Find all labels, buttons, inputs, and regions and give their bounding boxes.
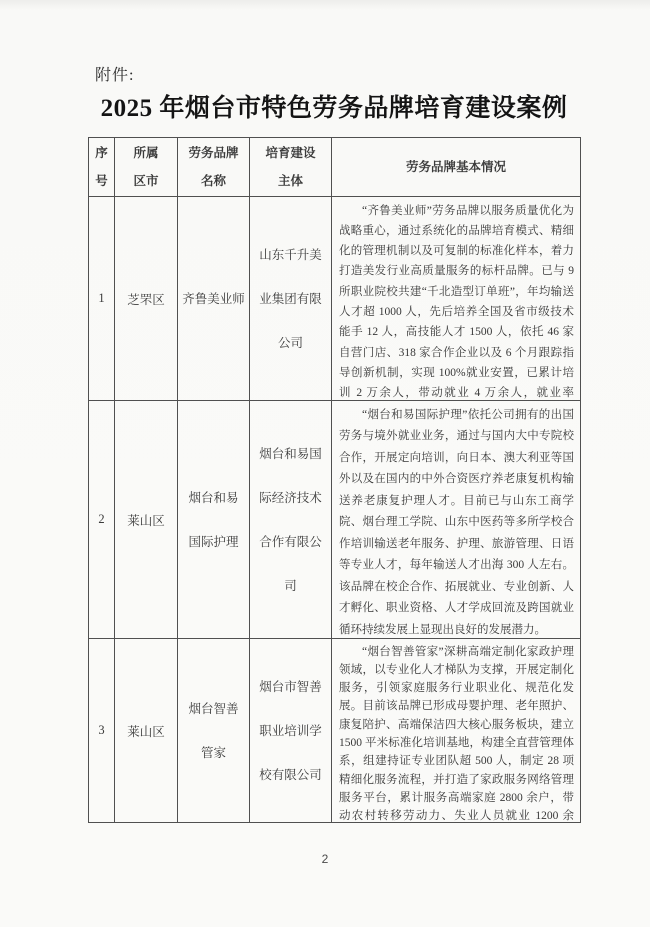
table-row: 1 芝罘区 齐鲁美业师 山东千升美 业集团有限 公司 “齐鲁美业师”劳务品牌以服… — [89, 197, 581, 401]
header-district: 所属 区市 — [115, 138, 178, 197]
cell-serial: 1 — [89, 197, 115, 401]
cell-serial: 3 — [89, 639, 115, 823]
cell-brand: 齐鲁美业师 — [178, 197, 250, 401]
cell-brand: 烟台智善 管家 — [178, 639, 250, 823]
header-brand: 劳务品牌 名称 — [178, 138, 250, 197]
details-text: “齐鲁美业师”劳务品牌以服务质量优化为战略重心，通过系统化的品牌培育模式、精细化… — [339, 201, 574, 400]
cell-details: “烟台和易国际护理”依托公司拥有的出国劳务与境外就业业务，通过与国内大中专院校合… — [332, 401, 581, 639]
details-text: “烟台智善管家”深耕高端定制化家政护理领域，以专业化人才梯队为支撑，开展定制化服… — [339, 643, 574, 822]
cell-brand: 烟台和易 国际护理 — [178, 401, 250, 639]
cell-entity: 烟台和易国 际经济技术 合作有限公 司 — [250, 401, 332, 639]
cell-district: 莱山区 — [115, 639, 178, 823]
table-header-row: 序 号 所属 区市 劳务品牌 名称 培育建设 主体 劳务品牌基本情况 — [89, 138, 581, 197]
cell-details: “烟台智善管家”深耕高端定制化家政护理领域，以专业化人才梯队为支撑，开展定制化服… — [332, 639, 581, 823]
cell-district: 莱山区 — [115, 401, 178, 639]
page-number: 2 — [0, 852, 650, 866]
cell-district: 芝罘区 — [115, 197, 178, 401]
case-table: 序 号 所属 区市 劳务品牌 名称 培育建设 主体 劳务品牌基本情况 1 芝罘区… — [88, 137, 581, 823]
page-title: 2025 年烟台市特色劳务品牌培育建设案例 — [84, 88, 584, 124]
header-entity: 培育建设 主体 — [250, 138, 332, 197]
document-page: 附件: 2025 年烟台市特色劳务品牌培育建设案例 序 号 所属 区市 劳务品牌… — [0, 0, 650, 927]
attachment-label: 附件: — [95, 62, 134, 85]
table-row: 2 莱山区 烟台和易 国际护理 烟台和易国 际经济技术 合作有限公 司 “烟台和… — [89, 401, 581, 639]
header-serial: 序 号 — [89, 138, 115, 197]
cell-entity: 烟台市智善 职业培训学 校有限公司 — [250, 639, 332, 823]
cell-entity: 山东千升美 业集团有限 公司 — [250, 197, 332, 401]
header-details: 劳务品牌基本情况 — [332, 138, 581, 197]
cell-details: “齐鲁美业师”劳务品牌以服务质量优化为战略重心，通过系统化的品牌培育模式、精细化… — [332, 197, 581, 401]
details-text: “烟台和易国际护理”依托公司拥有的出国劳务与境外就业业务，通过与国内大中专院校合… — [339, 405, 574, 638]
table-row: 3 莱山区 烟台智善 管家 烟台市智善 职业培训学 校有限公司 “烟台智善管家”… — [89, 639, 581, 823]
cell-serial: 2 — [89, 401, 115, 639]
